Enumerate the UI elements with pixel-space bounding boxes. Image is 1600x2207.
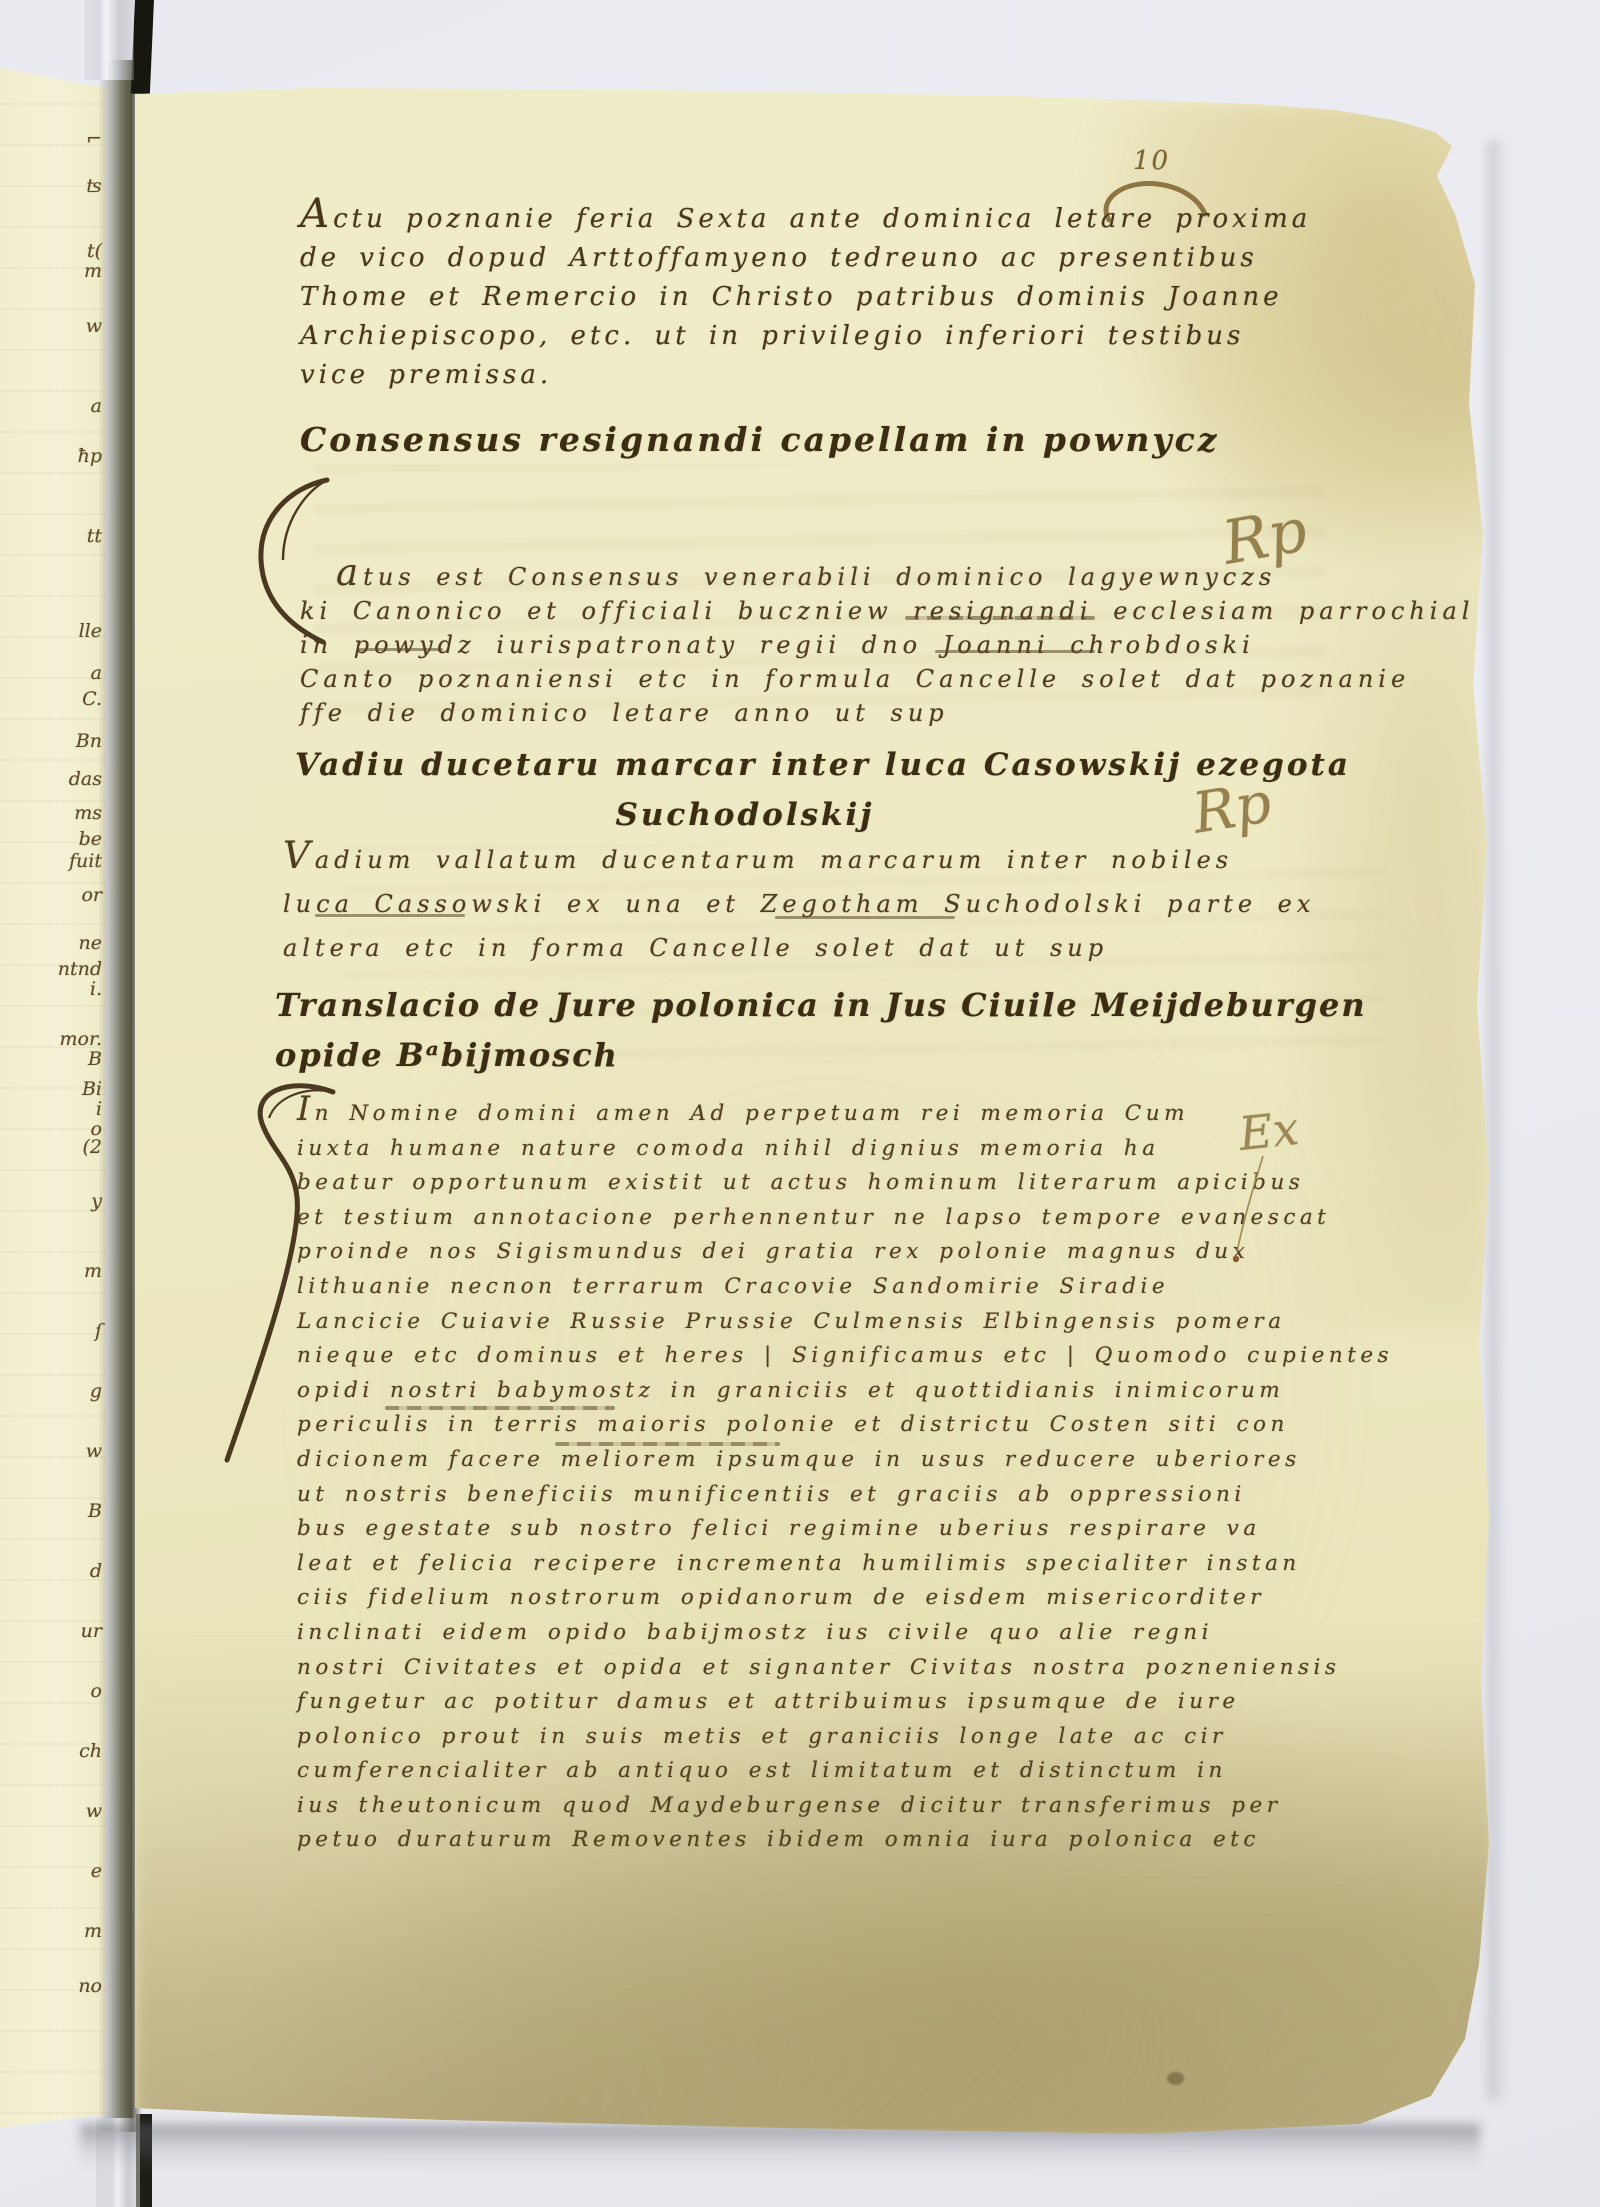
ink-underline <box>905 616 1095 620</box>
manuscript-line: beatur opportunum existit ut actus homin… <box>297 1166 1393 1201</box>
heading-vadium: Vadiu ducetaru marcar inter luca Casowsk… <box>295 740 1195 840</box>
manuscript-line: periculis in terris maioris polonie et d… <box>297 1408 1393 1443</box>
manuscript-page: ʼ 10 Actu poznanie feria Sexta ante domi… <box>135 84 1495 2140</box>
showthrough-fragment: ntnd <box>58 958 102 980</box>
marginal-ex-mark: Ex <box>1236 1101 1301 1161</box>
manuscript-line: cumferencialiter ab antiquo est limitatu… <box>297 1754 1393 1789</box>
manuscript-line: Lancicie Cuiavie Russie Prussie Culmensi… <box>297 1305 1393 1340</box>
manuscript-line: ius theutonicum quod Maydeburgense dicit… <box>297 1789 1393 1824</box>
manuscript-line: opidi nostri babymostz in graniciis et q… <box>297 1374 1393 1409</box>
manuscript-line: in powydz iurispatronaty regii dno Joann… <box>300 628 1474 662</box>
manuscript-line: altera etc in forma Cancelle solet dat u… <box>283 926 1315 970</box>
manuscript-line: proinde nos Sigismundus dei gratia rex p… <box>297 1235 1393 1270</box>
marginal-rp-mark-1: Rp <box>1218 495 1312 578</box>
page-cast-shadow <box>80 2124 1480 2172</box>
manuscript-line: nostri Civitates et opida et signanter C… <box>297 1651 1393 1686</box>
ink-underline <box>315 914 465 917</box>
manuscript-line: opide Bᵃbijmosch <box>275 1030 1367 1080</box>
folio-number: 10 <box>1133 146 1170 176</box>
manuscript-line: iuxta humane nature comoda nihil dignius… <box>297 1132 1393 1167</box>
manuscript-line: petuo duraturum Removentes ibidem omnia … <box>297 1823 1393 1858</box>
marginal-rp-mark-2: Rp <box>1188 770 1275 846</box>
showthrough-fragment: mor. <box>60 1028 103 1050</box>
manuscript-line: Archiepiscopo, etc. ut in privilegio inf… <box>300 317 1311 356</box>
manuscript-line: bus egestate sub nostro felici regimine … <box>297 1512 1393 1547</box>
manuscript-photograph: ⌐ʦt(mwaħpttlleaC.Bndasmsbefuitornentndi.… <box>0 0 1600 2207</box>
manuscript-line: dicionem facere meliorem ipsumque in usu… <box>297 1443 1393 1478</box>
ink-underline <box>555 1442 780 1446</box>
ink-underline <box>357 648 443 651</box>
heading-consensus: Consensus resignandi capellam in pownycz <box>300 414 1110 466</box>
manuscript-line: Thome et Remercio in Christo patribus do… <box>300 278 1311 317</box>
manuscript-line: polonico prout in suis metis et granicii… <box>297 1720 1393 1755</box>
manuscript-line: vice premissa. <box>300 356 1311 395</box>
manuscript-line: Vadium vallatum ducentarum marcarum inte… <box>283 838 1315 882</box>
manuscript-line: ut nostris beneficiis munificentiis et g… <box>297 1478 1393 1513</box>
page-edge-shadow <box>1488 140 1506 2100</box>
manuscript-line: inclinati eidem opido babijmostz ius civ… <box>297 1616 1393 1651</box>
entry-consensus-text: atus est Consensus venerabili dominico l… <box>300 558 1474 730</box>
manuscript-line: ffe die dominico letare anno ut sup <box>300 696 1474 730</box>
entry-vadium-text: Vadium vallatum ducentarum marcarum inte… <box>283 838 1315 970</box>
facing-page-strip: ⌐ʦt(mwaħpttlleaC.Bndasmsbefuitornentndi.… <box>0 62 106 2134</box>
ink-spot <box>1167 2072 1184 2085</box>
heading-translacio: Translacio de Jure polonica in Jus Ciuil… <box>275 980 1367 1080</box>
manuscript-line: Consensus resignandi capellam in pownycz <box>300 414 1110 466</box>
entry-charter-text: In Nomine domini amen Ad perpetuam rei m… <box>297 1096 1393 1858</box>
manuscript-line: Actu poznanie feria Sexta ante dominica … <box>300 198 1311 239</box>
manuscript-line: luca Cassowski ex una et Zegotham Suchod… <box>283 882 1315 926</box>
ink-underline <box>935 650 1095 653</box>
manuscript-line: In Nomine domini amen Ad perpetuam rei m… <box>297 1096 1393 1132</box>
entry-record-poznan: Actu poznanie feria Sexta ante dominica … <box>300 198 1311 395</box>
manuscript-line: de vico dopud Arttoffamyeno tedreuno ac … <box>300 239 1311 278</box>
manuscript-line: Vadiu ducetaru marcar inter luca Casowsk… <box>295 740 1195 790</box>
manuscript-line: et testium annotacione perhennentur ne l… <box>297 1201 1393 1236</box>
manuscript-line: ki Canonico et officiali buczniew resign… <box>300 594 1474 628</box>
clear-strap-top <box>84 0 134 80</box>
manuscript-line: lithuanie necnon terrarum Cracovie Sando… <box>297 1270 1393 1305</box>
ink-underline <box>385 1406 615 1410</box>
manuscript-line: leat et felicia recipere incrementa humi… <box>297 1547 1393 1582</box>
manuscript-line: fungetur ac potitur damus et attribuimus… <box>297 1685 1393 1720</box>
ink-underline <box>775 916 955 919</box>
manuscript-line: Translacio de Jure polonica in Jus Ciuil… <box>275 980 1367 1030</box>
cradle-rod-top <box>131 0 154 94</box>
showthrough-fragment: das <box>69 768 102 790</box>
manuscript-line: ciis fidelium nostrorum opidanorum de ei… <box>297 1581 1393 1616</box>
manuscript-line: Suchodolskij <box>295 790 1195 840</box>
ink-speck: ʼ <box>1409 116 1422 141</box>
manuscript-line: Canto poznaniensi etc in formula Cancell… <box>300 662 1474 696</box>
manuscript-line: nieque etc dominus et heres | Significam… <box>297 1339 1393 1374</box>
